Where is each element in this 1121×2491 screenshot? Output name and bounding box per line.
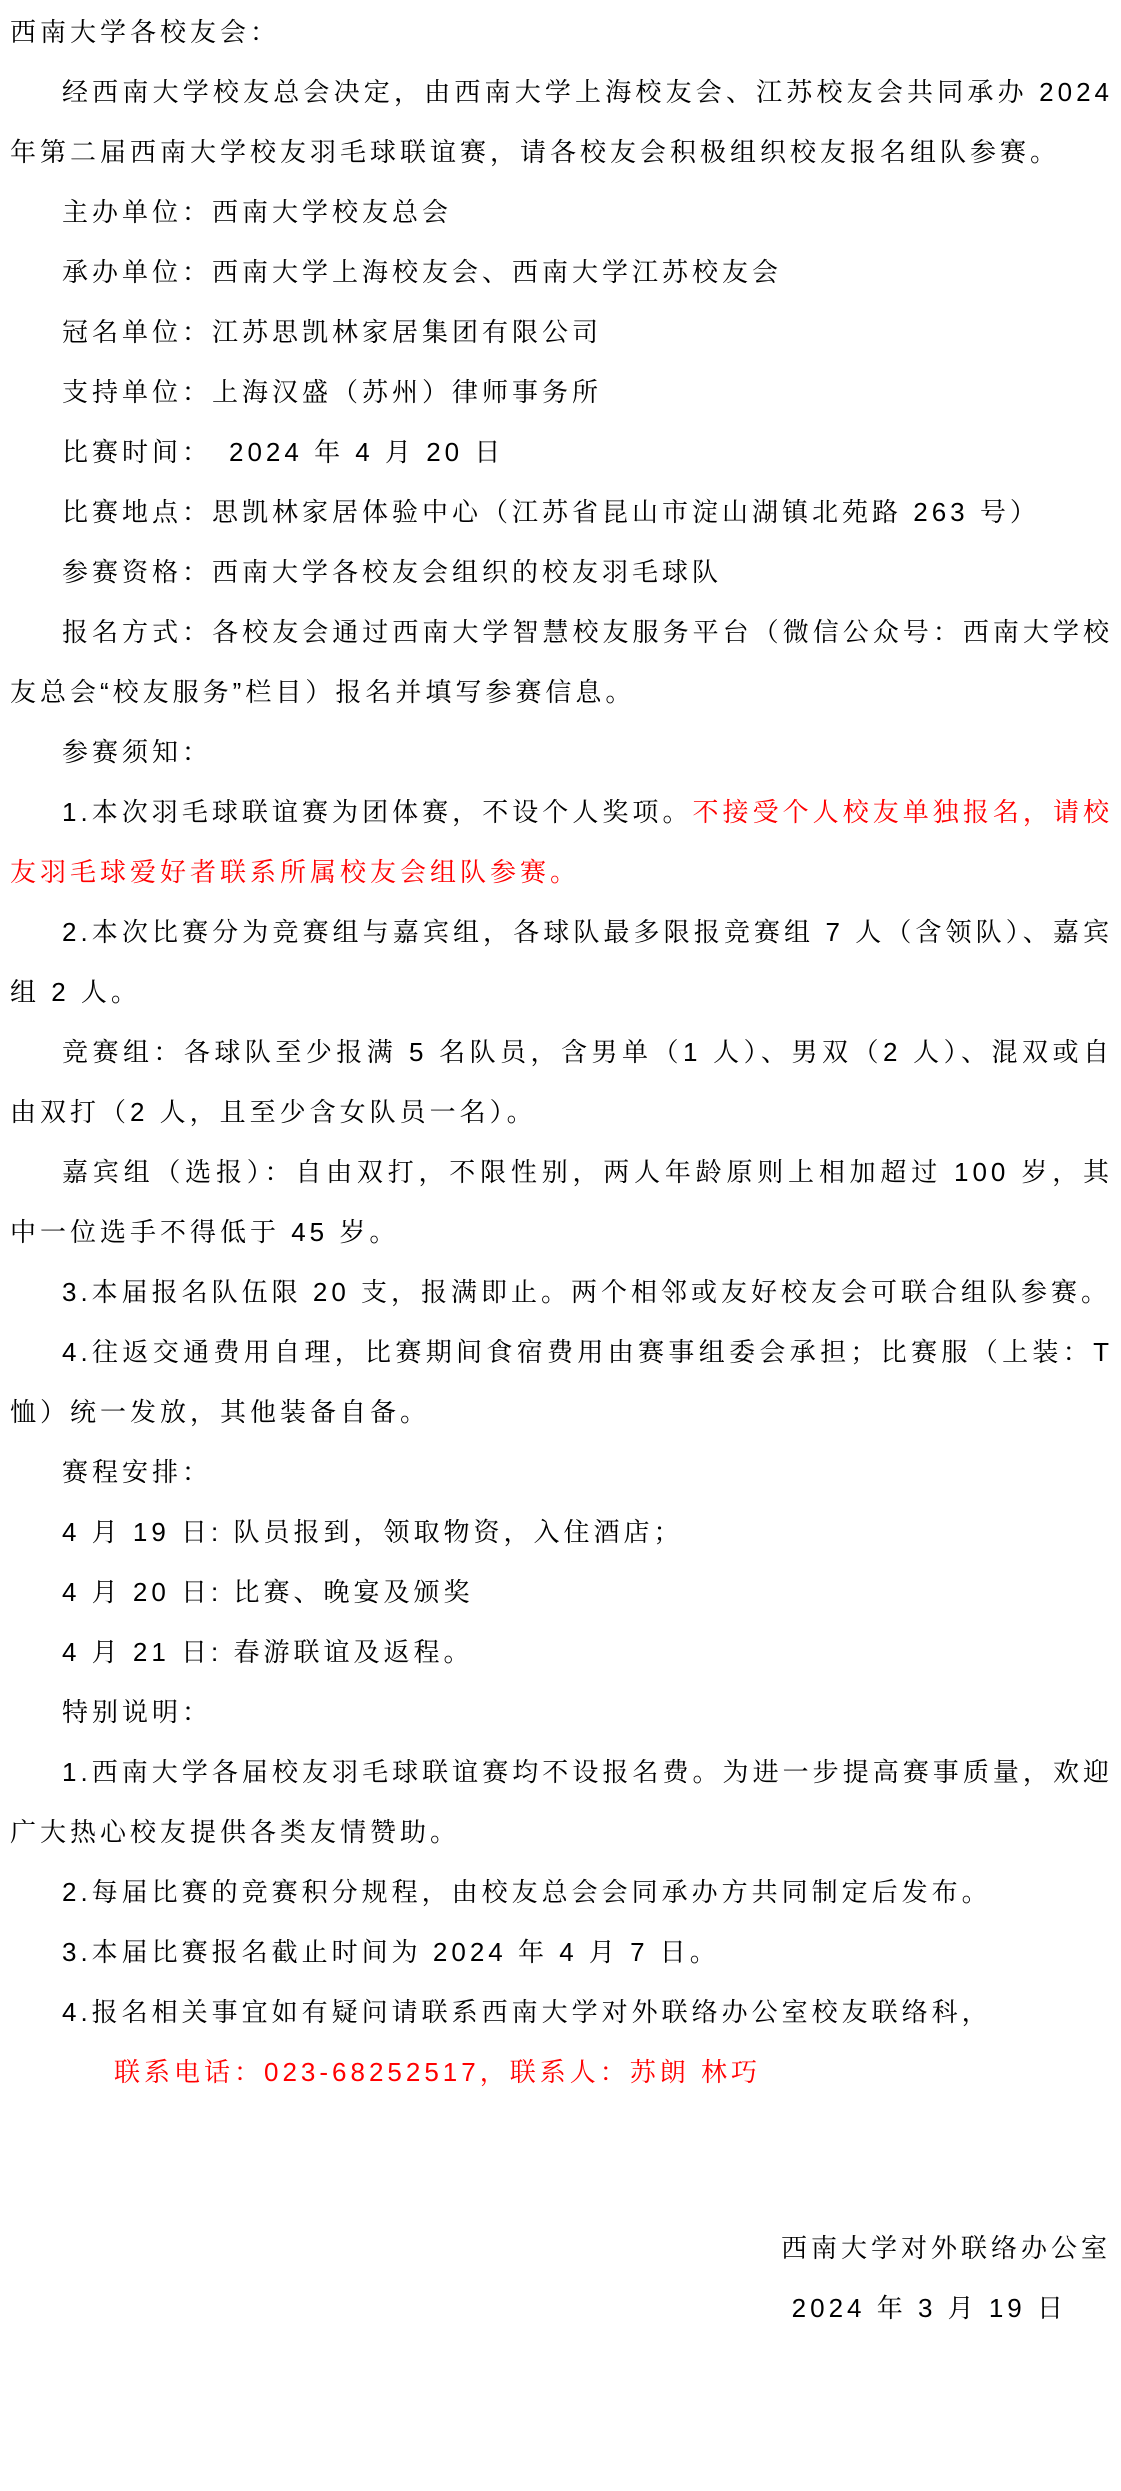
info-label: 比赛时间： <box>62 437 199 467</box>
notice-heading: 参赛须知： <box>10 722 1113 782</box>
notice-text: 1.本次羽毛球联谊赛为团体赛，不设个人奖项。 <box>62 797 693 827</box>
info-line-registration: 报名方式：各校友会通过西南大学智慧校友服务平台（微信公众号：西南大学校友总会“校… <box>10 602 1113 722</box>
info-label: 冠名单位： <box>62 317 212 347</box>
info-value: 西南大学上海校友会、西南大学江苏校友会 <box>212 257 782 287</box>
contact-line: 联系电话：023-68252517，联系人：苏朗 林巧 <box>10 2042 1113 2102</box>
signature-line: 西南大学对外联络办公室 <box>10 2218 1113 2278</box>
salutation-line: 西南大学各校友会： <box>10 2 1113 62</box>
special-item-4: 4.报名相关事宜如有疑问请联系西南大学对外联络办公室校友联络科， <box>10 1982 1113 2042</box>
info-line-coorganizer: 承办单位：西南大学上海校友会、西南大学江苏校友会 <box>10 242 1113 302</box>
info-label: 报名方式： <box>62 617 212 647</box>
notice-item-competition-group: 竞赛组：各球队至少报满 5 名队员，含男单（1 人）、男双（2 人）、混双或自由… <box>10 1022 1113 1142</box>
notice-item-2: 2.本次比赛分为竞赛组与嘉宾组，各球队最多限报竞赛组 7 人（含领队）、嘉宾组 … <box>10 902 1113 1022</box>
info-value: 江苏思凯林家居集团有限公司 <box>212 317 602 347</box>
info-label: 比赛地点： <box>62 497 212 527</box>
info-label: 支持单位： <box>62 377 212 407</box>
schedule-item-day1: 4 月 19 日: 队员报到，领取物资，入住酒店； <box>10 1502 1113 1562</box>
special-item-1: 1.西南大学各届校友羽毛球联谊赛均不设报名费。为进一步提高赛事质量，欢迎广大热心… <box>10 1742 1113 1862</box>
info-value: 西南大学各校友会组织的校友羽毛球队 <box>212 557 722 587</box>
special-item-2: 2.每届比赛的竞赛积分规程，由校友总会会同承办方共同制定后发布。 <box>10 1862 1113 1922</box>
info-value: 2024 年 4 月 20 日 <box>199 437 504 467</box>
schedule-item-day3: 4 月 21 日: 春游联谊及返程。 <box>10 1622 1113 1682</box>
info-value: 上海汉盛（苏州）律师事务所 <box>212 377 602 407</box>
info-line-title-sponsor: 冠名单位：江苏思凯林家居集团有限公司 <box>10 302 1113 362</box>
info-line-eligibility: 参赛资格：西南大学各校友会组织的校友羽毛球队 <box>10 542 1113 602</box>
intro-paragraph: 经西南大学校友总会决定，由西南大学上海校友会、江苏校友会共同承办 2024 年第… <box>10 62 1113 182</box>
info-value: 思凯林家居体验中心（江苏省昆山市淀山湖镇北苑路 263 号） <box>212 497 1040 527</box>
info-line-date: 比赛时间： 2024 年 4 月 20 日 <box>10 422 1113 482</box>
notice-item-guest-group: 嘉宾组（选报）：自由双打，不限性别，两人年龄原则上相加超过 100 岁，其中一位… <box>10 1142 1113 1262</box>
info-line-supporter: 支持单位：上海汉盛（苏州）律师事务所 <box>10 362 1113 422</box>
notice-item-4: 4.往返交通费用自理，比赛期间食宿费用由赛事组委会承担；比赛服（上装：T 恤）统… <box>10 1322 1113 1442</box>
schedule-heading: 赛程安排： <box>10 1442 1113 1502</box>
info-line-venue: 比赛地点：思凯林家居体验中心（江苏省昆山市淀山湖镇北苑路 263 号） <box>10 482 1113 542</box>
info-line-organizer: 主办单位：西南大学校友总会 <box>10 182 1113 242</box>
info-label: 参赛资格： <box>62 557 212 587</box>
signature-block: 西南大学对外联络办公室 2024 年 3 月 19 日 <box>10 2218 1113 2338</box>
notice-item-1: 1.本次羽毛球联谊赛为团体赛，不设个人奖项。不接受个人校友单独报名，请校友羽毛球… <box>10 782 1113 902</box>
special-item-3: 3.本届比赛报名截止时间为 2024 年 4 月 7 日。 <box>10 1922 1113 1982</box>
info-label: 承办单位： <box>62 257 212 287</box>
info-value: 西南大学校友总会 <box>212 197 452 227</box>
date-line: 2024 年 3 月 19 日 <box>10 2278 1113 2338</box>
notice-document: 西南大学各校友会： 经西南大学校友总会决定，由西南大学上海校友会、江苏校友会共同… <box>0 0 1121 2338</box>
notice-item-3: 3.本届报名队伍限 20 支，报满即止。两个相邻或友好校友会可联合组队参赛。 <box>10 1262 1113 1322</box>
info-label: 主办单位： <box>62 197 212 227</box>
special-heading: 特别说明： <box>10 1682 1113 1742</box>
schedule-item-day2: 4 月 20 日: 比赛、晚宴及颁奖 <box>10 1562 1113 1622</box>
